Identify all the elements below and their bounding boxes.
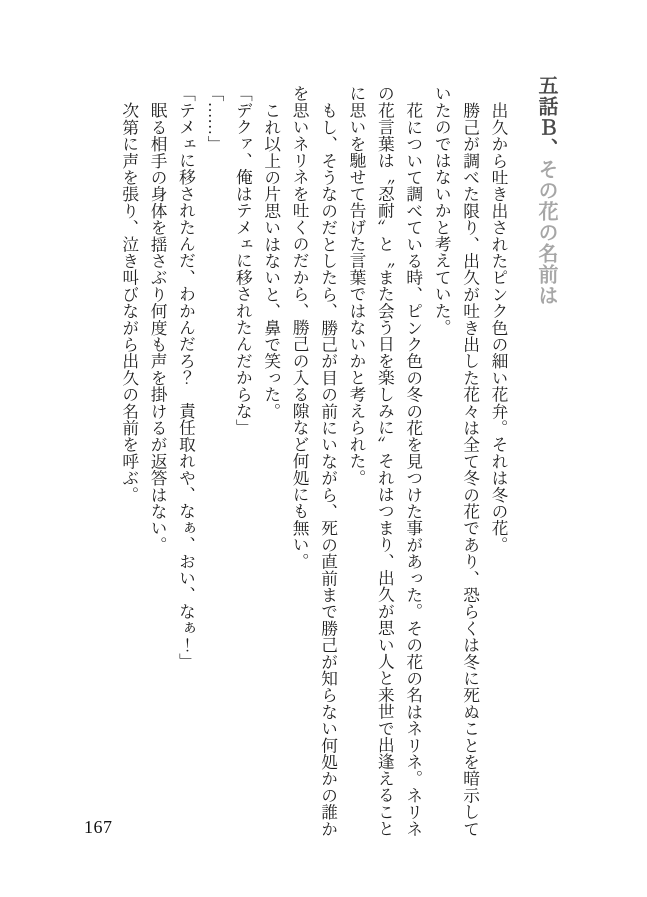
chapter-title-name: その花の名前は — [535, 159, 557, 306]
paragraph: 「……」 — [200, 85, 228, 840]
story-body-text: 出久から吐き出されたピンク色の細い花弁。それは冬の花。勝己が調べた限り、出久が吐… — [114, 85, 512, 840]
paragraph: 出久から吐き出されたピンク色の細い花弁。それは冬の花。 — [484, 85, 512, 840]
paragraph: 花について調べている時、ピンク色の冬の花を見つけた事があった。その花の名はネリネ… — [342, 85, 427, 840]
paragraph: これ以上の片思いはないと、鼻で笑った。 — [256, 85, 284, 840]
paragraph: 次第に声を張り、泣き叫びながら出久の名前を呼ぶ。 — [114, 85, 142, 840]
paragraph: 眠る相手の身体を揺さぶり何度も声を掛けるが返答はない。 — [143, 85, 171, 840]
paragraph: もし、そうなのだとしたら、勝己が目の前にいながら、死の直前まで勝己が知らない何処… — [285, 85, 342, 840]
paragraph: 勝己が調べた限り、出久が吐き出した花々は全て冬の花であり、恐らくは冬に死ぬことを… — [427, 85, 484, 840]
chapter-title: 五話Ｂ、その花の名前は — [532, 75, 561, 306]
page-number: 167 — [84, 817, 113, 838]
novel-page: 五話Ｂ、その花の名前は 出久から吐き出されたピンク色の細い花弁。それは冬の花。勝… — [0, 0, 647, 897]
chapter-title-number: 五話Ｂ、 — [535, 75, 557, 159]
paragraph: 「テメェに移されたんだ、わかんだろ？ 責任取れや、なぁ、おい、なぁ！」 — [171, 85, 199, 840]
paragraph: 「デクァ、俺はテメェに移されたんだからな」 — [228, 85, 256, 840]
